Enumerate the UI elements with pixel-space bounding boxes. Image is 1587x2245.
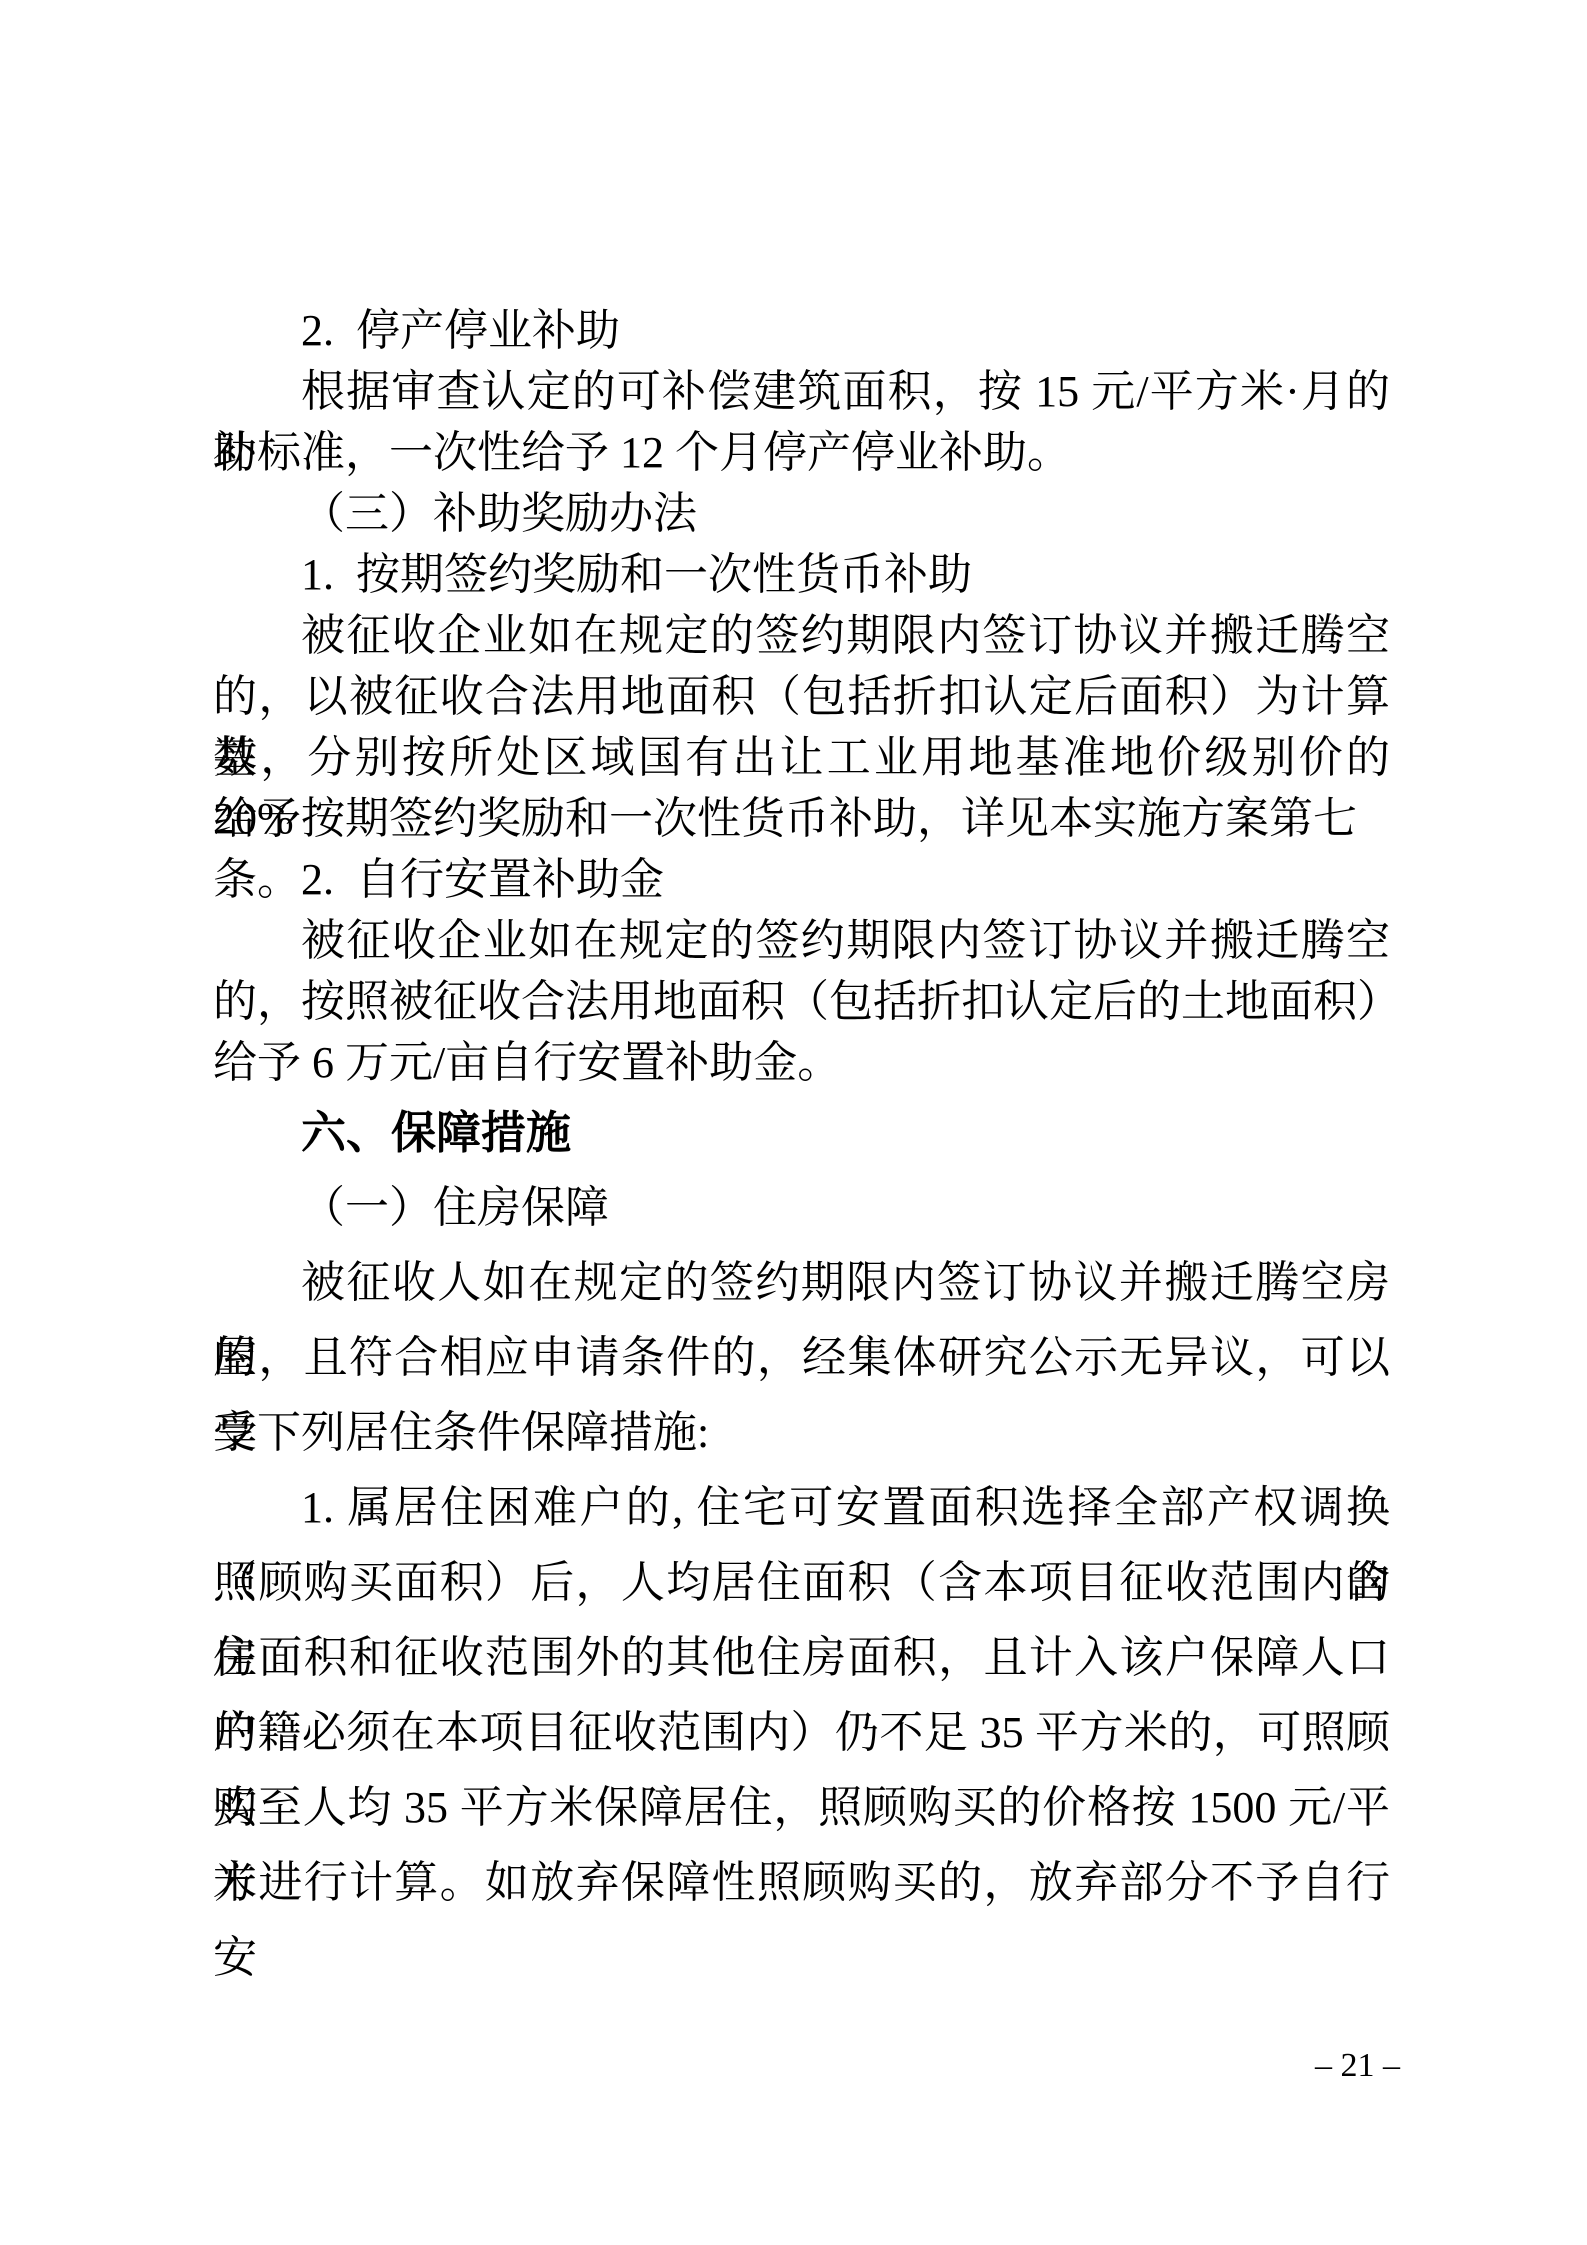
text-line: 1. 按期签约奖励和一次性货币补助	[213, 544, 1390, 605]
text-line: 照顾购买面积）后，人均居住面积（含本项目征收范围内的住	[213, 1545, 1390, 1620]
text-line: 2. 停产停业补助	[213, 300, 1390, 361]
text-line: 的，且符合相应申请条件的，经集体研究公示无异议，可以享	[213, 1320, 1390, 1395]
text-line: 户籍必须在本项目征收范围内）仍不足 35 平方米的，可照顾购	[213, 1695, 1390, 1770]
section-compensation: 2. 停产停业补助根据审查认定的可补偿建筑面积，按 15 元/平方米·月的补助标…	[213, 300, 1390, 1093]
document-page: 2. 停产停业补助根据审查认定的可补偿建筑面积，按 15 元/平方米·月的补助标…	[0, 0, 1587, 2245]
text-line: （三）补助奖励办法	[213, 483, 1390, 544]
text-line: 受下列居住条件保障措施:	[213, 1395, 1390, 1470]
text-line: 米进行计算。如放弃保障性照顾购买的，放弃部分不予自行安	[213, 1845, 1390, 1920]
text-line: 被征收人如在规定的签约期限内签订协议并搬迁腾空房屋	[213, 1245, 1390, 1320]
text-line: 助标准，一次性给予 12 个月停产停业补助。	[213, 422, 1390, 483]
text-line: 六、保障措施	[213, 1095, 1390, 1170]
text-line: 数，分别按所处区域国有出让工业用地基准地价级别价的 20%	[213, 727, 1390, 788]
text-line: 1. 属居住困难户的, 住宅可安置面积选择全部产权调换（含	[213, 1470, 1390, 1545]
text-line: 买至人均 35 平方米保障居住，照顾购买的价格按 1500 元/平方	[213, 1770, 1390, 1845]
text-line: 给予 6 万元/亩自行安置补助金。	[213, 1032, 1390, 1093]
section-safeguards: 六、保障措施（一）住房保障被征收人如在规定的签约期限内签订协议并搬迁腾空房屋的，…	[213, 1095, 1390, 1920]
page-number: – 21 –	[1315, 2046, 1400, 2086]
text-line: （一）住房保障	[213, 1170, 1390, 1245]
text-line: 被征收企业如在规定的签约期限内签订协议并搬迁腾空	[213, 605, 1390, 666]
text-line: 根据审查认定的可补偿建筑面积，按 15 元/平方米·月的补	[213, 361, 1390, 422]
text-line: 2. 自行安置补助金	[213, 849, 1390, 910]
text-line: 的，以被征收合法用地面积（包括折扣认定后面积）为计算基	[213, 666, 1390, 727]
text-line: 给予按期签约奖励和一次性货币补助，详见本实施方案第七条。	[213, 788, 1390, 849]
text-line: 的，按照被征收合法用地面积（包括折扣认定后的土地面积）	[213, 971, 1390, 1032]
text-line: 房面积和征收范围外的其他住房面积，且计入该户保障人口的	[213, 1620, 1390, 1695]
text-line: 被征收企业如在规定的签约期限内签订协议并搬迁腾空	[213, 910, 1390, 971]
